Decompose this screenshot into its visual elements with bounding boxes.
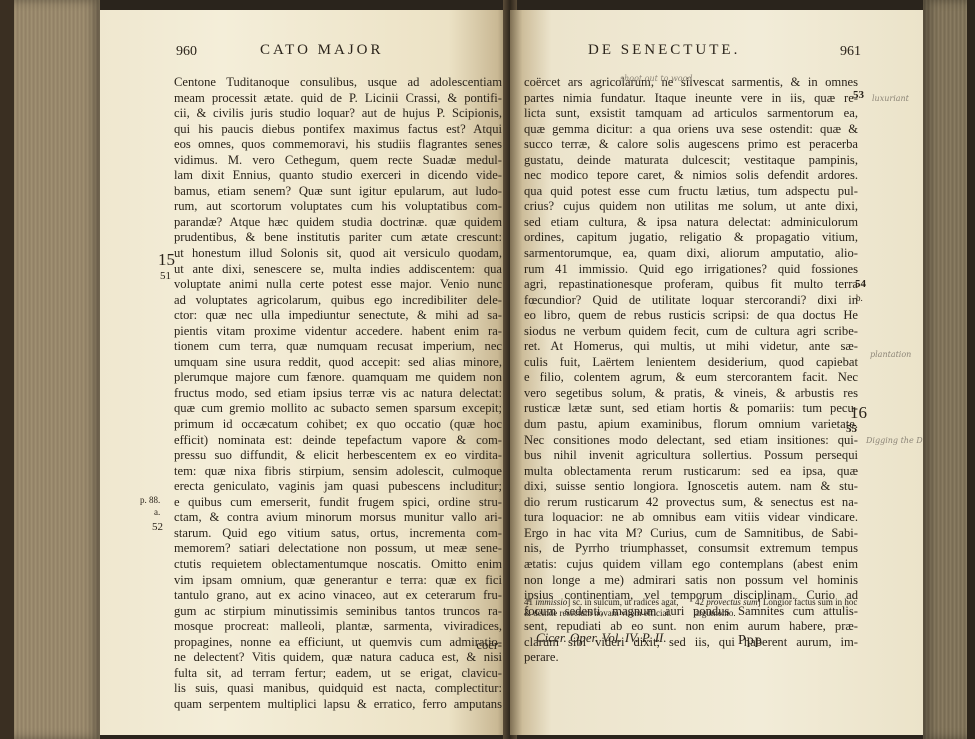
text-line: Ergo in hac vita M? Curius, cum de Samni… — [524, 526, 858, 542]
right-body-text: coërcet ars agricolarum, ne silvescat sa… — [524, 75, 858, 666]
footnote-41: 41 immissio] sc. in sulcum, ut radices a… — [524, 597, 684, 618]
open-book: 960 CATO MAJOR Centone Tuditanoque consu… — [0, 0, 975, 739]
left-body-text: Centone Tuditanoque consulibus, usque ad… — [174, 75, 502, 712]
right-page: DE SENECTUTE. 961 coërcet ars agricolaru… — [510, 10, 923, 735]
text-line: succo terræ, & calore solis augescens pr… — [524, 137, 858, 153]
text-line: lis suis, quasi manibus, quidquid est na… — [174, 681, 502, 697]
text-line: ctam, & contra avium minorum morsus muni… — [174, 510, 502, 526]
text-line: quæ gemma dicitur: a qua oriens uva sese… — [524, 122, 858, 138]
margin-number-15: 15 — [158, 250, 175, 270]
text-line: nec modico tepore caret, & nimios solis … — [524, 168, 858, 184]
text-line: rusticæ lætæ sunt, sed etiam hortis & po… — [524, 401, 858, 417]
text-line: lam dixit Ennius, quanto studio exerceri… — [174, 168, 502, 184]
text-line: eo libro, quem de rebus rusticis scripsi… — [524, 308, 858, 324]
signature-line: Cicer. Oper. Vol. IV. P. II. — [536, 630, 667, 646]
text-line: fulta sit, ad terram fertur; eadem, ut s… — [174, 666, 502, 682]
text-line: e filio, colentem agrum, & eum stercoran… — [524, 370, 858, 386]
left-running-head: CATO MAJOR — [260, 42, 384, 59]
text-line: vero segetibus solum, & pratis, & vineis… — [524, 386, 858, 402]
text-line: pientis vitam proxime videntur accedere.… — [174, 324, 502, 340]
margin-number-55: 55 — [846, 423, 857, 435]
text-line: ret. At Homerus, qui multis, ut mihi vid… — [524, 339, 858, 355]
text-line: plerumque majore cum fænore. quamquam me… — [174, 370, 502, 386]
margin-number-51: 51 — [160, 270, 171, 282]
text-line: voluptate animi nulla certe potest esse … — [174, 277, 502, 293]
handwritten-note-plantation: plantation — [870, 350, 911, 359]
handwritten-note-top: shoot out to wood — [620, 74, 693, 83]
text-line: sarmentorumque, ea, quam dixi, aliorum a… — [524, 246, 858, 262]
text-line: ad voluptates agricolarum, quibus ego in… — [174, 293, 502, 309]
text-line: starum. Quid ego vitium satus, ortus, in… — [174, 526, 502, 542]
text-line: gustatu, deinde maturata dulcescit; vest… — [524, 153, 858, 169]
text-line: rum, aut scortorum voluptates cum his vo… — [174, 199, 502, 215]
text-line: Nec consitiones modo delectant, sed etia… — [524, 433, 858, 449]
handwritten-note-luxuriant: luxuriant — [872, 94, 909, 103]
text-line: dixi, suisse sentio longiora. Ignoscetis… — [524, 479, 858, 495]
margin-page-ref: p. 88. — [140, 495, 160, 505]
text-line: eos omnes, quos commemoravi, his studiis… — [174, 137, 502, 153]
text-line: bus nihil invenit agricultura sollertius… — [524, 448, 858, 464]
text-line: ut ante dixi, senescere se, multa indies… — [174, 262, 502, 278]
left-cover — [0, 0, 14, 739]
text-line: ctor: quæ nec ulla impediuntur senectute… — [174, 308, 502, 324]
text-line: qui his paucis diebus pontifex maximus f… — [174, 122, 502, 138]
text-line: sed etiam cultura, & ipsa natura delecta… — [524, 215, 858, 231]
margin-number-54: 54 — [855, 278, 866, 290]
text-line: Centone Tuditanoque consulibus, usque ad… — [174, 75, 502, 91]
text-line: tem: quæ nixa fibris stirpium, sensim ad… — [174, 464, 502, 480]
text-line: primum id occæcatum cohibet; ex quo occa… — [174, 417, 502, 433]
text-line: gum ac stirpium minutissimis seminibus t… — [174, 604, 502, 620]
margin-section-a: a. — [154, 507, 160, 517]
text-line: vim ipsam omnium, quæ generantur e terra… — [174, 573, 502, 589]
text-line: rum 41 immissio. Quid ego irrigationes? … — [524, 262, 858, 278]
text-line: partes nimia fundatur. Itaque ineunte ve… — [524, 91, 858, 107]
left-catchword: coër- — [174, 638, 502, 654]
text-line: prudentibus, & bene institutis pariter c… — [174, 230, 502, 246]
text-line: pressu suo diffundit, & elicit herbescen… — [174, 448, 502, 464]
text-line: perare. — [524, 650, 858, 666]
text-line: dum pastu, apium examinibus, florum omni… — [524, 417, 858, 433]
text-line: tionem cum terra, quæ numquam recusat im… — [174, 339, 502, 355]
margin-number-52: 52 — [152, 521, 163, 533]
text-line: culis fuit, Laërtem lenientem desiderium… — [524, 355, 858, 371]
text-line: quam serpentem multiplici lapsu & errati… — [174, 697, 502, 713]
right-page-stack-edge — [923, 0, 975, 739]
text-line: ut honestum illud Solonis sit, quod ait … — [174, 246, 502, 262]
text-line: crius? cujus quidem non utilitas me solu… — [524, 199, 858, 215]
text-line: multa oblectamenta rerum rusticarum: sed… — [524, 464, 858, 480]
text-line: mosque procreat: malleoli, plantæ, sarme… — [174, 619, 502, 635]
text-line: qua quid potest esse cum fructu lætius, … — [524, 184, 858, 200]
text-line: non longe a me) admirari satis non possu… — [524, 573, 858, 589]
text-line: efficit) nominata est: deinde tepefactum… — [174, 433, 502, 449]
text-line: fœcundior? Quid de utilitate loquar ster… — [524, 293, 858, 309]
right-page-number: 961 — [840, 44, 861, 60]
text-line: memorem? satiari delectatione non possum… — [174, 541, 502, 557]
right-cover — [967, 0, 975, 739]
text-line: cii, & civilis juris studio loquar? aut … — [174, 106, 502, 122]
footnote-42: 42 provectus sum] Longior factus sum in … — [695, 597, 860, 618]
text-line: siodus ne verbum quidem fecit, cum de cu… — [524, 324, 858, 340]
text-line: agri, repastinationesque proferam, quibu… — [524, 277, 858, 293]
text-line: tura loquacior: ne ab omnibus eam vitiis… — [524, 510, 858, 526]
right-running-head: DE SENECTUTE. — [588, 42, 740, 59]
text-line: ætatis: cujus quidem villam ego contempl… — [524, 557, 858, 573]
text-line: bamus, etiam senem? Quæ sunt igitur epul… — [174, 184, 502, 200]
text-line: erecta geniculato, vaginis jam quasi pub… — [174, 479, 502, 495]
left-page-stack-edge — [0, 0, 100, 739]
text-line: ctutis requietem oblectamentumque noscat… — [174, 557, 502, 573]
margin-section-b: b. — [856, 293, 863, 303]
text-line: umquam sine usura reddit, quod accepit: … — [174, 355, 502, 371]
text-line: parandæ? Atque hæc quidem studia doctrin… — [174, 215, 502, 231]
text-line: meam processit ætate. quid de P. Licinii… — [174, 91, 502, 107]
text-line: nis, de Pyrrho triumphasset, consumsit e… — [524, 541, 858, 557]
margin-number-53: 53 — [853, 89, 864, 101]
signature-mark: Ppp — [738, 633, 763, 649]
text-line: fructus modo, sed etiam ipsius terræ vis… — [174, 386, 502, 402]
margin-number-16: 16 — [850, 403, 867, 423]
text-line: quæ cum gremio mollito ac subacto semen … — [174, 401, 502, 417]
text-line: tantulo grano, aut ex acino vinaceo, aut… — [174, 588, 502, 604]
text-line: dio rerum rusticarum 42 provectus sum, &… — [524, 495, 858, 511]
left-page: 960 CATO MAJOR Centone Tuditanoque consu… — [100, 10, 510, 735]
text-line: ordines, capitum jugatio, religatio & pr… — [524, 230, 858, 246]
text-line: vidimus. M. vero Cethegum, quem recte Su… — [174, 153, 502, 169]
text-line: licta sunt, exsistit tamquam ad articulo… — [524, 106, 858, 122]
left-page-number: 960 — [176, 44, 197, 60]
text-line: e quibus cum emerserit, fundit frugem sp… — [174, 495, 502, 511]
